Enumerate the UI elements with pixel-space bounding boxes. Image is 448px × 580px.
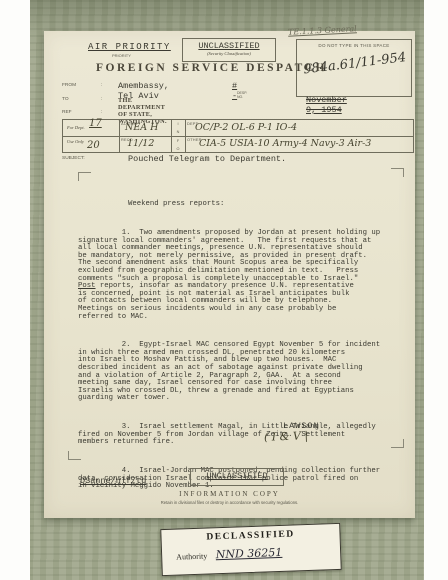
intro-line: Weekend press reports: <box>78 201 400 209</box>
footer-classification-text: UNCLASSIFIED <box>191 471 283 481</box>
paragraph-1: 1. Two amendments proposed by Jordan at … <box>78 230 400 321</box>
right-margin-strip <box>424 0 448 580</box>
air-priority: AIR PRIORITY <box>88 42 171 52</box>
info-letter-o: O <box>171 147 185 151</box>
information-copy: INFORMATION COPY <box>44 490 415 498</box>
hw-number-top: 17 <box>89 118 102 129</box>
paragraph-3: 3. Israel settlement Magal, in Little Tr… <box>78 424 400 447</box>
use-only-label: Use Only <box>67 139 84 144</box>
declassified-stamp: DECLASSIFIED Authority NND 36251 <box>160 523 342 576</box>
date-value: November 9, 1954 <box>306 95 347 115</box>
info-letter-f: F <box>171 139 185 143</box>
despatch-document: TE.1.1.3 General DO NOT TYPE IN THIS SPA… <box>44 31 415 518</box>
for-dept-label: For Dept. <box>67 125 85 130</box>
despatch-title: FOREIGN SERVICE DESPATCH <box>96 62 327 74</box>
corner-mark-top-right <box>391 168 404 177</box>
footer-classification-box: UNCLASSIFIED <box>190 468 284 486</box>
from-label: FROM <box>62 83 76 88</box>
classification-caption: (Security Classification) <box>183 51 275 56</box>
to-colon: : <box>101 97 102 102</box>
recd-value: 11/12 <box>127 138 154 149</box>
ref-colon: : <box>101 110 102 115</box>
dept-use-box: For Dept. 17 <box>63 120 119 136</box>
classification-box: UNCLASSIFIED (Security Classification) <box>182 38 276 62</box>
info-letter-n: N <box>171 130 185 134</box>
action-value: NEA H <box>125 122 158 133</box>
other-value: CIA-5 USIA-10 Army-4 Navy-3 Air-3 <box>199 138 371 149</box>
stamp-authority-label: Authority <box>176 552 207 562</box>
do-not-type-label: DO NOT TYPE IN THIS SPACE <box>297 43 411 48</box>
paragraph-1-part-a: 1. Two amendments proposed by Jordan at … <box>78 229 380 283</box>
dept-value: OC/P-2 OL-6 P-1 IO-4 <box>195 122 297 133</box>
subject-label: SUBJECT: <box>62 156 85 161</box>
retain-note: Retain in divisional files or destroy in… <box>44 500 415 505</box>
stamp-authority-value: NND 36251 <box>215 546 282 561</box>
hw-number-bottom: 20 <box>87 140 100 151</box>
routing-table: For Dept. 17 Use Only 20 ACTION NEA H RE… <box>62 119 414 153</box>
desp-no-caption: DESP. NO. <box>237 91 247 99</box>
priority-caption: PRIORITY <box>112 53 131 58</box>
classification-text: UNCLASSIFIED <box>183 41 275 51</box>
drafter-line: DSanne/nlf/td <box>80 476 146 486</box>
ref-label: REF <box>62 110 72 115</box>
info-letter-i: I <box>171 122 185 126</box>
subject-value: Pouched Telegram to Department. <box>128 154 286 164</box>
corner-mark-top-left <box>78 172 91 181</box>
from-colon: : <box>101 83 102 88</box>
to-label: TO <box>62 97 69 102</box>
body-text: Weekend press reports: 1. Two amendments… <box>78 186 400 506</box>
left-margin-strip <box>0 0 30 580</box>
paragraph-1-part-b: reports, insofar as mandatory presence U… <box>78 282 354 320</box>
signature-initials: ( I & V | <box>264 429 309 444</box>
paragraph-2: 2. Egypt-Israel MAC censored Egypt Novem… <box>78 342 400 403</box>
